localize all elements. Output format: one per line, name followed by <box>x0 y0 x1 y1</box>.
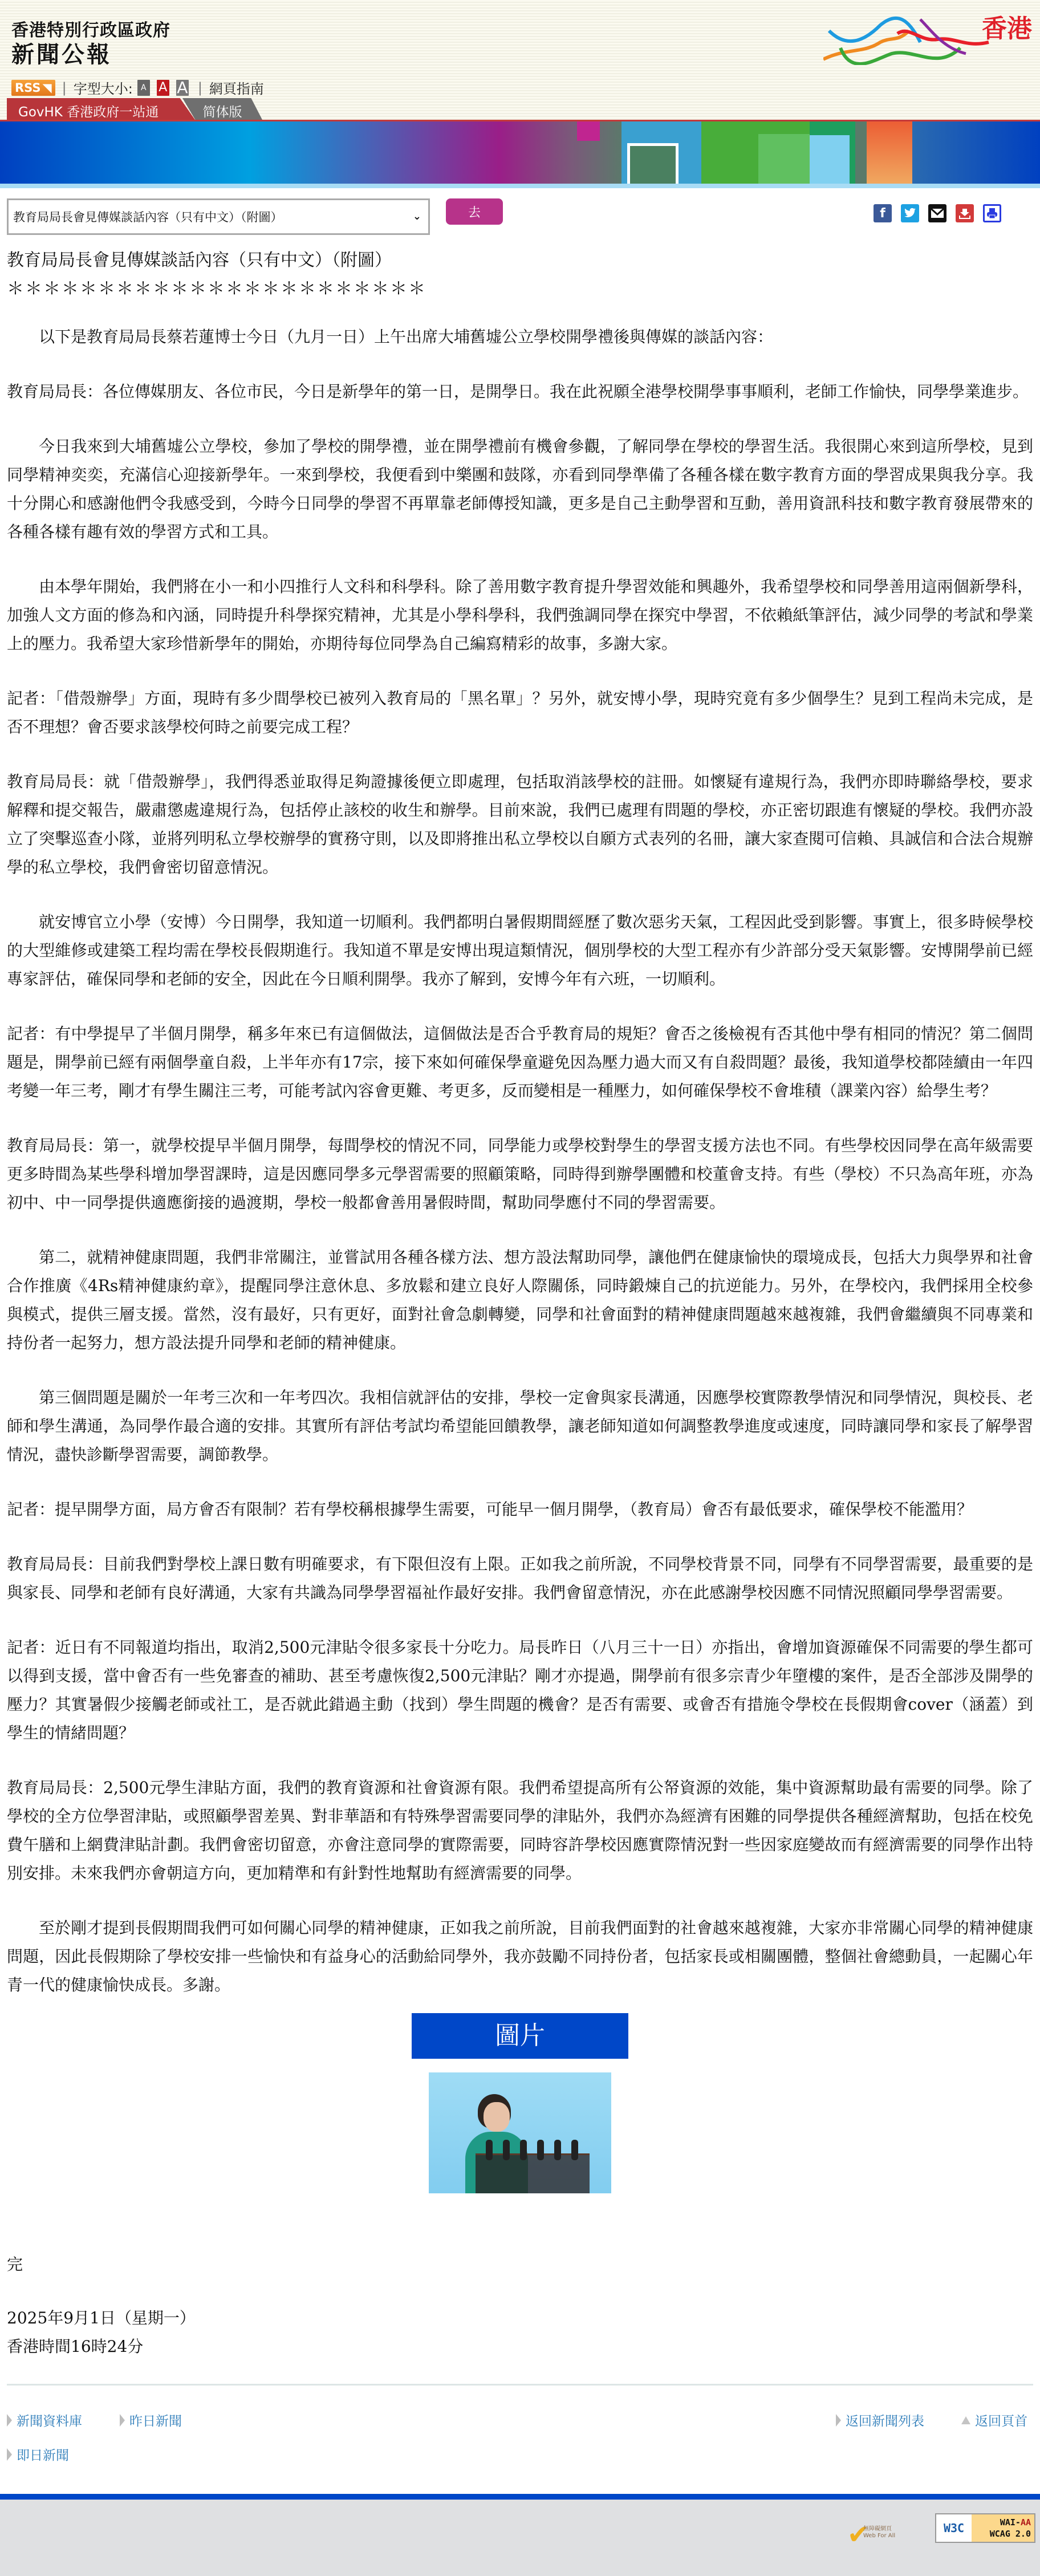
page-footer: ✔ 無障礙網頁 Web For All W3C WAI-AA WCAG 2.0 <box>0 2500 1040 2576</box>
article-paragraph: 第二，就精神健康問題，我們非常關注，並嘗試用各種各樣方法、想方設法幫助同學，讓他… <box>7 1243 1033 1357</box>
language-tabs: GovHK 香港政府一站通 简体版 <box>7 98 262 120</box>
today-news-link[interactable]: 即日新聞 <box>7 2445 69 2464</box>
header-toolbar: RSS ◥ | 字型大小: A A A | 網頁指南 <box>11 78 264 98</box>
article-paragraph: 記者：提早開學方面，局方會否有限制？若有學校稱根據學生需要，可能早一個月開學，（… <box>7 1495 1033 1524</box>
wai-label: WAI- <box>1000 2517 1021 2528</box>
brand-text: 香港 <box>982 8 1032 44</box>
end-mark: 完 <box>7 2250 1033 2279</box>
news-nav-row: 教育局局長會見傳媒談話內容（只有中文）（附圖） ⌄ 去 f <box>0 188 1040 243</box>
link-label: 返回頁首 <box>975 2411 1027 2429</box>
arrow-up-icon <box>961 2416 970 2424</box>
govhk-tab[interactable]: GovHK 香港政府一站通 <box>7 98 195 120</box>
release-date: 2025年9月1日（星期一） <box>7 2304 1033 2332</box>
article-paragraph: 今日我來到大埔舊墟公立學校，參加了學校的開學禮，並在開學禮前有機會參觀，了解同學… <box>7 432 1033 546</box>
chevron-down-icon: ⌄ <box>413 210 421 222</box>
font-size-label: 字型大小: <box>74 78 133 98</box>
divider: | <box>196 80 205 96</box>
news-select-value: 教育局局長會見傳媒談話內容（只有中文）（附圖） <box>13 208 283 225</box>
rss-label: RSS <box>15 81 40 95</box>
article-paragraph: 記者：「借殼辦學」方面，現時有多少間學校已被列入教育局的「黑名單」？另外，就安博… <box>7 684 1033 741</box>
article-paragraph: 教育局局長：各位傳媒朋友、各位市民，今日是新學年的第一日，是開學日。我在此祝願全… <box>7 378 1033 406</box>
arrow-right-icon <box>7 2414 12 2427</box>
web-for-all-label: 無障礙網頁 Web For All <box>863 2526 897 2540</box>
yesterday-news-link[interactable]: 昨日新聞 <box>120 2411 182 2429</box>
footer-links: 新聞資料庫 昨日新聞 返回新聞列表 返回頁首 即日新聞 <box>0 2386 1040 2471</box>
news-item-select[interactable]: 教育局局長會見傳媒談話內容（只有中文）（附圖） ⌄ <box>7 198 430 235</box>
email-icon[interactable] <box>928 204 946 222</box>
site-title[interactable]: 新聞公報 <box>11 36 112 69</box>
divider: | <box>60 80 69 96</box>
back-to-top-link[interactable]: 返回頁首 <box>961 2411 1027 2429</box>
photo-section-header: 圖片 <box>412 2013 628 2059</box>
article-paragraph: 教育局局長：第一，就學校提早半個月開學，每間學校的情況不同，同學能力或學校對學生… <box>7 1131 1033 1217</box>
masthead: 香港特別行政區政府 新聞公報 香港 RSS ◥ | 字型大小: A A A | … <box>0 0 1040 120</box>
press-release-article: 教育局局長會見傳媒談話內容（只有中文）（附圖） ＊＊＊＊＊＊＊＊＊＊＊＊＊＊＊＊… <box>0 246 1040 2361</box>
w3c-logo: W3C <box>936 2514 972 2542</box>
link-label: 新聞資料庫 <box>17 2411 82 2429</box>
facebook-icon[interactable]: f <box>874 204 892 222</box>
simplified-chinese-tab[interactable]: 简体版 <box>182 98 262 120</box>
link-label: 即日新聞 <box>17 2445 69 2464</box>
article-paragraph: 教育局局長：2,500元學生津貼方面，我們的教育資源和社會資源有限。我們希望提高… <box>7 1774 1033 1888</box>
press-photo-thumbnail[interactable] <box>429 2072 611 2193</box>
font-size-large-button[interactable]: A <box>176 80 189 96</box>
share-toolbar: f <box>874 204 1001 222</box>
w3c-wcag-badge[interactable]: W3C WAI-AA WCAG 2.0 <box>935 2513 1035 2543</box>
decorative-banner <box>0 120 1040 184</box>
news-archive-link[interactable]: 新聞資料庫 <box>7 2411 82 2429</box>
rss-button[interactable]: RSS ◥ <box>11 80 55 96</box>
wcag-label: WAI-AA WCAG 2.0 <box>972 2514 1034 2542</box>
download-icon[interactable] <box>956 204 974 222</box>
article-paragraph: 至於剛才提到長假期間我們可如何關心同學的精神健康，正如我之前所說，目前我們面對的… <box>7 1914 1033 1999</box>
link-label: 返回新聞列表 <box>846 2411 924 2429</box>
footer-bar <box>0 2494 1040 2500</box>
article-paragraph: 就安博官立小學（安博）今日開學，我知道一切順利。我們都明白暑假期間經歷了數次惡劣… <box>7 908 1033 993</box>
wcag-version: WCAG 2.0 <box>990 2529 1031 2539</box>
release-time: 香港時間16時24分 <box>7 2332 1033 2361</box>
article-paragraph: 教育局局長：目前我們對學校上課日數有明確要求，有下限但沒有上限。正如我之前所說，… <box>7 1550 1033 1607</box>
print-icon[interactable] <box>983 204 1001 222</box>
banner-strip <box>0 184 1040 188</box>
article-paragraph: 記者：近日有不同報道均指出，取消2,500元津貼令很多家長十分吃力。局長昨日（八… <box>7 1633 1033 1747</box>
article-paragraph: 教育局局長：就「借殼辦學」，我們得悉並取得足夠證據後便立即處理，包括取消該學校的… <box>7 768 1033 882</box>
back-to-list-link[interactable]: 返回新聞列表 <box>836 2411 924 2429</box>
font-size-small-button[interactable]: A <box>137 80 150 96</box>
twitter-icon[interactable] <box>901 204 919 222</box>
article-paragraph: 第三個問題是關於一年考三次和一年考四次。我相信就評估的安排，學校一定會與家長溝通… <box>7 1384 1033 1469</box>
site-guide-link[interactable]: 網頁指南 <box>209 78 264 98</box>
go-button[interactable]: 去 <box>446 198 503 225</box>
article-paragraph: 以下是教育局局長蔡若蓮博士今日（九月一日）上午出席大埔舊墟公立學校開學禮後與傳媒… <box>7 323 1033 351</box>
arrow-right-icon <box>836 2414 841 2427</box>
article-paragraph: 記者：有中學提早了半個月開學，稱多年來已有這個做法，這個做法是否合乎教育局的規矩… <box>7 1020 1033 1105</box>
article-title: 教育局局長會見傳媒談話內容（只有中文）（附圖） <box>7 246 1033 275</box>
title-separator: ＊＊＊＊＊＊＊＊＊＊＊＊＊＊＊＊＊＊＊＊＊＊＊ <box>7 275 1033 303</box>
font-size-medium-button[interactable]: A <box>157 80 169 96</box>
brand-hong-kong-dragon-logo[interactable] <box>823 8 994 65</box>
article-paragraph: 由本學年開始，我們將在小一和小四推行人文科和科學科。除了善用數字教育提升學習效能… <box>7 573 1033 658</box>
arrow-right-icon <box>7 2448 12 2461</box>
aa-label: AA <box>1021 2517 1031 2528</box>
arrow-right-icon <box>120 2414 125 2427</box>
rss-icon: ◥ <box>42 81 51 95</box>
link-label: 昨日新聞 <box>129 2411 182 2429</box>
web-for-all-badge[interactable]: ✔ 無障礙網頁 Web For All <box>836 2513 881 2553</box>
